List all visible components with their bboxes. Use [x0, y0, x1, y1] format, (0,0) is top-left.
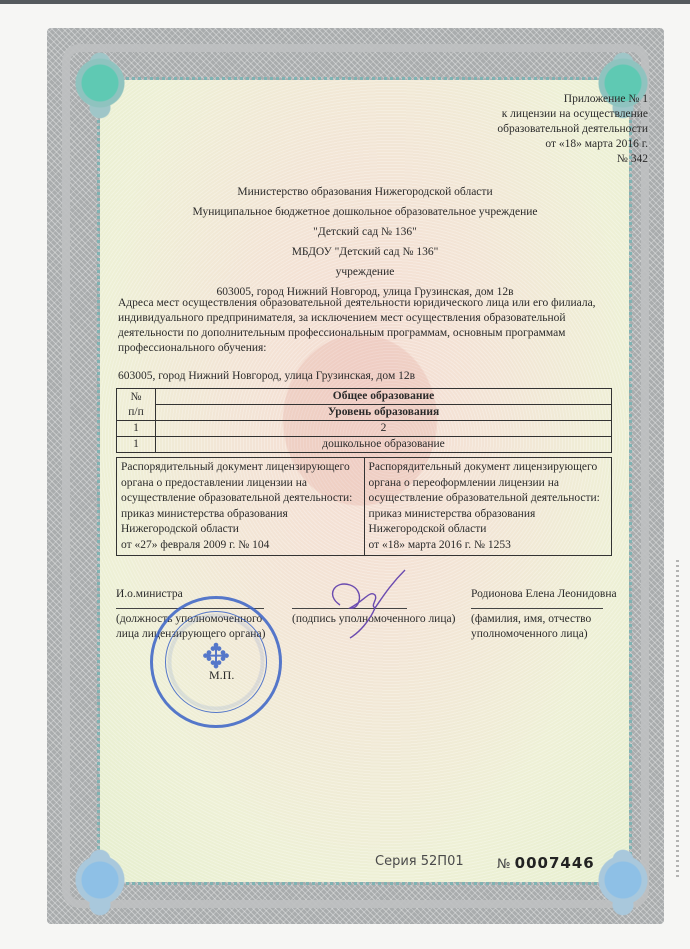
organization-name: "Детский сад № 136": [120, 222, 610, 242]
blank-number: № 0007446: [497, 854, 595, 872]
col-num-header: № п/п: [117, 389, 156, 421]
signatory-name: Родионова Елена Леонидовна: [471, 588, 617, 600]
handwritten-signature-icon: [320, 560, 410, 640]
addresses-intro: Адреса мест осуществления образовательно…: [118, 296, 613, 356]
table-row: 1 дошкольное образование: [117, 437, 612, 453]
activity-address: 603005, город Нижний Новгород, улица Гру…: [118, 370, 415, 382]
name-line: [471, 608, 603, 609]
reissue-document-cell: Распорядительный документ лицензирующего…: [364, 458, 612, 556]
organization-full-type: Муниципальное бюджетное дошкольное образ…: [120, 202, 610, 222]
column-title: Уровень образования: [156, 405, 612, 421]
row-number: 1: [117, 437, 156, 453]
education-level: дошкольное образование: [156, 437, 612, 453]
organization-short-name: МБДОУ "Детский сад № 136": [120, 242, 610, 262]
appendix-line: образовательной деятельности: [348, 122, 648, 137]
organization-header: Министерство образования Нижегородской о…: [120, 182, 610, 302]
signatory-position: И.о.министра: [116, 588, 183, 600]
column-index-row: 1 2: [117, 421, 612, 437]
section-title: Общее образование: [156, 389, 612, 405]
education-levels-table: № п/п Общее образование Уровень образова…: [116, 388, 612, 453]
seal-place-label: М.П.: [209, 668, 234, 683]
appendix-number: № 342: [348, 152, 648, 167]
ministry-name: Министерство образования Нижегородской о…: [120, 182, 610, 202]
grant-document-cell: Распорядительный документ лицензирующего…: [117, 458, 365, 556]
appendix-line: к лицензии на осуществление: [348, 107, 648, 122]
side-printer-imprint: [676, 560, 679, 880]
appendix-title: Приложение № 1: [348, 92, 648, 107]
scan-edge-line: [0, 0, 690, 4]
license-appendix-sheet: Приложение № 1 к лицензии на осуществлен…: [0, 0, 690, 949]
organization-type: учреждение: [120, 262, 610, 282]
name-caption: (фамилия, имя, отчество уполномоченного …: [471, 612, 591, 642]
appendix-header: Приложение № 1 к лицензии на осуществлен…: [348, 92, 648, 167]
administrative-documents-table: Распорядительный документ лицензирующего…: [116, 457, 612, 556]
blank-series: Серия 52П01: [375, 854, 464, 869]
appendix-date: от «18» марта 2016 г.: [348, 137, 648, 152]
official-seal-stamp-icon: ✥: [150, 596, 282, 728]
